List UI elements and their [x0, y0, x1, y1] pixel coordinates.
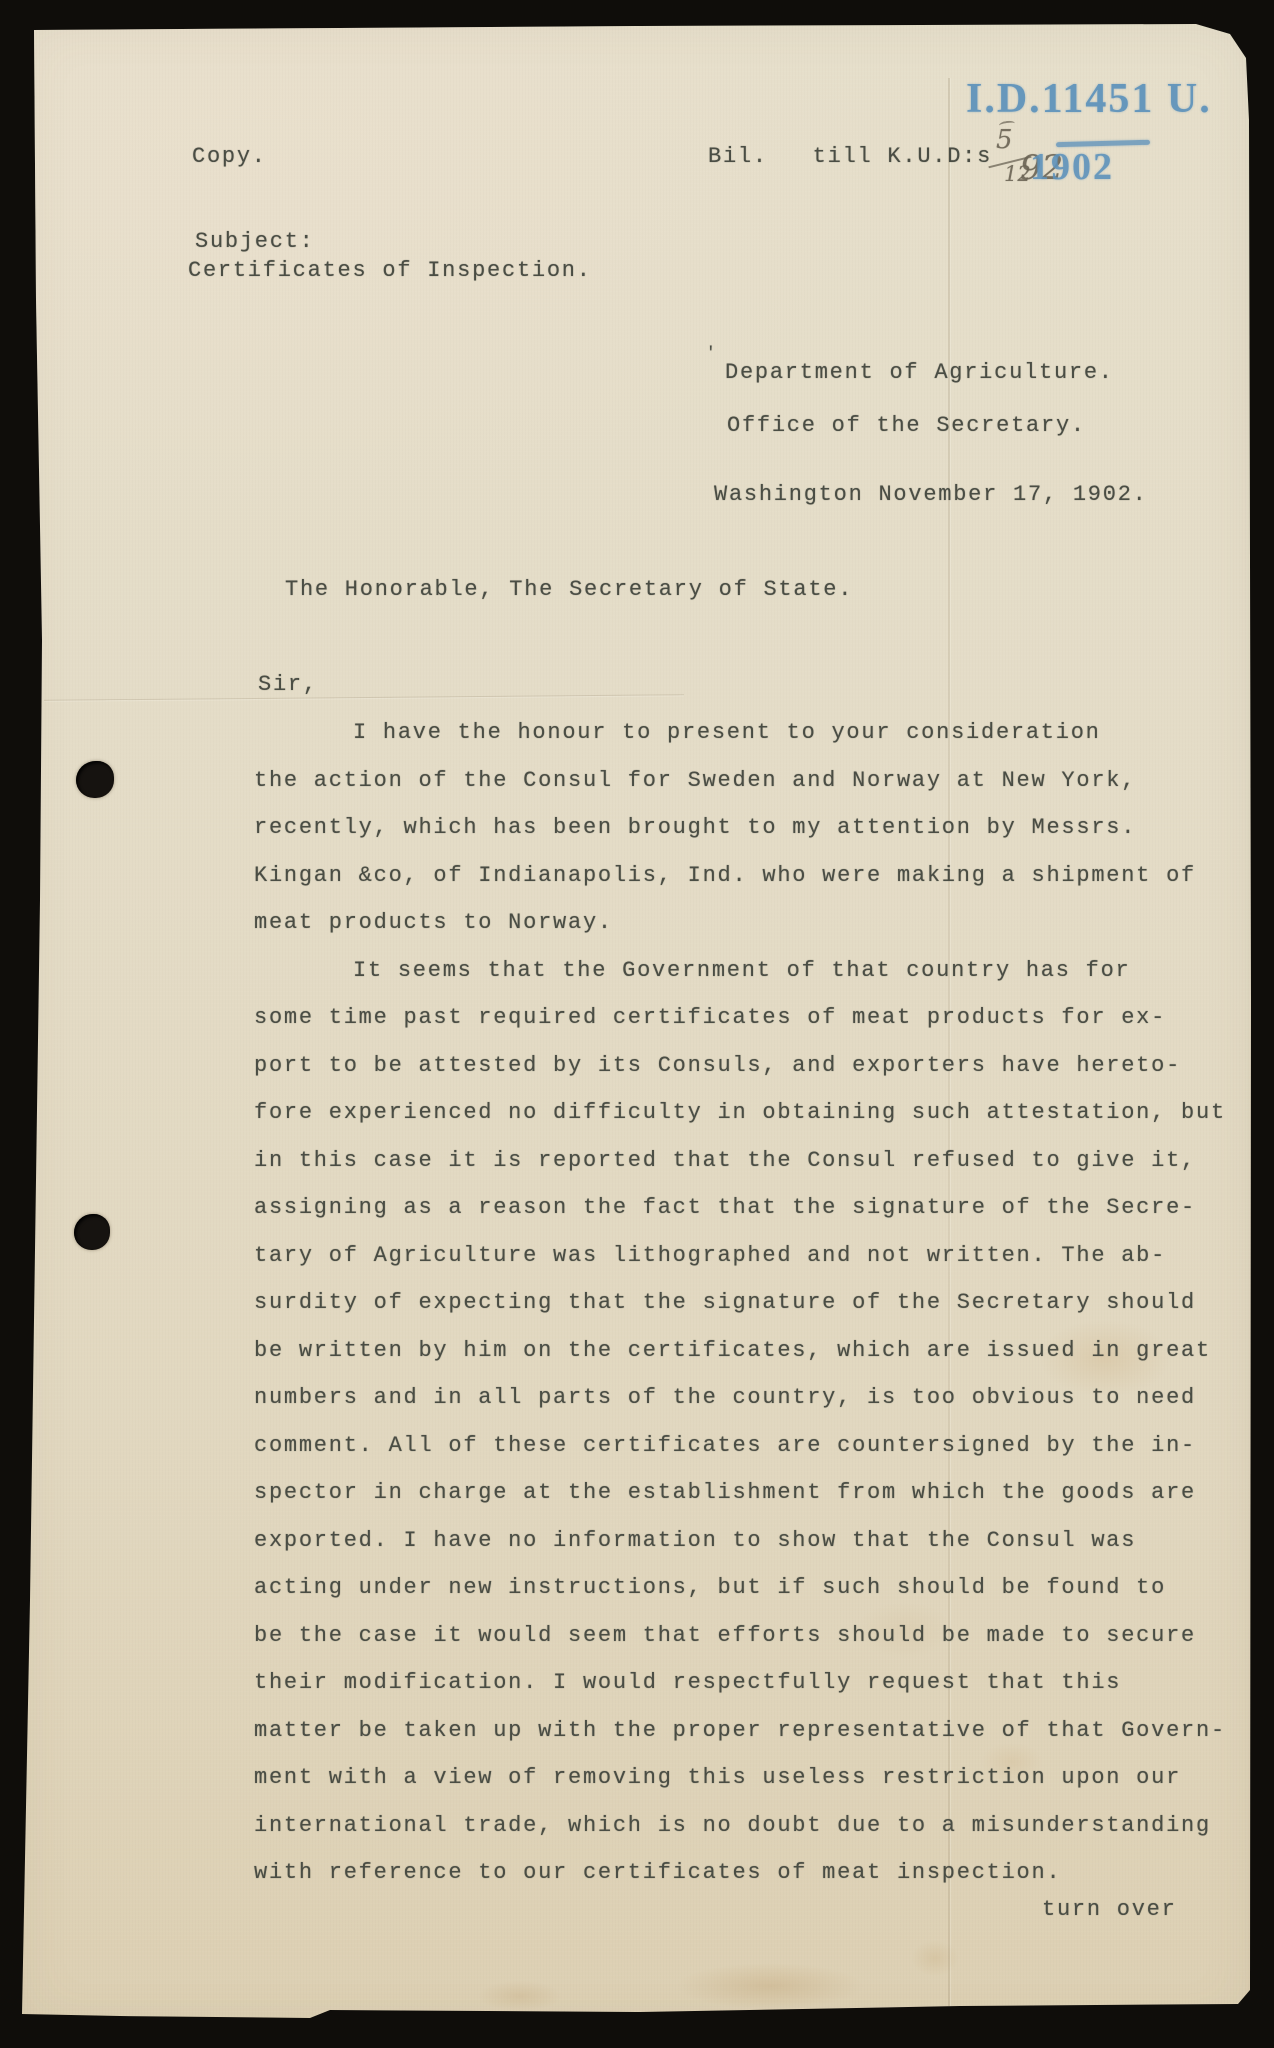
- body-line: tary of Agriculture was lithographed and…: [254, 1243, 1166, 1269]
- addressee-line: The Honorable, The Secretary of State.: [285, 577, 853, 603]
- scan-background: Copy. Bil. till K.U.D:s 5 12 92 1902 I.D…: [0, 0, 1274, 2048]
- body-line: I have the honour to present to your con…: [353, 720, 1101, 746]
- stray-apostrophe-mark: ': [706, 340, 717, 366]
- body-line: the action of the Consul for Sweden and …: [254, 768, 1136, 794]
- date-fraction-numerator: 5: [996, 127, 1013, 153]
- body-line: in this case it is reported that the Con…: [254, 1148, 1196, 1174]
- subject-value: Certificates of Inspection.: [188, 258, 592, 284]
- body-line: port to be attested by its Consuls, and …: [254, 1053, 1181, 1079]
- body-line: matter be taken up with the proper repre…: [254, 1718, 1226, 1744]
- sender-line-1: Department of Agriculture.: [725, 360, 1114, 386]
- body-line: recently, which has been brought to my a…: [254, 815, 1136, 841]
- subject-label: Subject:: [195, 229, 315, 255]
- registry-stamp: I.D.11451 U.: [966, 78, 1212, 120]
- body-line: exported. I have no information to show …: [254, 1528, 1136, 1554]
- body-line: assigning as a reason the fact that the …: [254, 1195, 1196, 1221]
- punch-hole: [76, 761, 114, 798]
- horizontal-crease: [44, 694, 684, 701]
- body-line: fore experienced no difficulty in obtain…: [254, 1100, 1226, 1126]
- body-line: numbers and in all parts of the country,…: [254, 1385, 1196, 1411]
- salutation: Sir,: [258, 672, 318, 698]
- body-line: their modification. I would respectfully…: [254, 1670, 1121, 1696]
- year-stamp: 1902: [1030, 148, 1114, 186]
- body-line: be the case it would seem that efforts s…: [254, 1623, 1196, 1649]
- copy-label: Copy.: [192, 144, 267, 170]
- body-line: spector in charge at the establishment f…: [254, 1480, 1196, 1506]
- body-line: ment with a view of removing this useles…: [254, 1765, 1181, 1791]
- body-line: international trade, which is no doubt d…: [254, 1813, 1211, 1839]
- body-line: meat products to Norway.: [254, 910, 613, 936]
- body-line: be written by him on the certificates, w…: [254, 1338, 1211, 1364]
- body-line: with reference to our certificates of me…: [254, 1860, 1061, 1886]
- body-line: acting under new instructions, but if su…: [254, 1575, 1166, 1601]
- sender-line-2: Office of the Secretary.: [727, 413, 1086, 439]
- turn-over-note: turn over: [1042, 1897, 1177, 1923]
- body-line: It seems that the Government of that cou…: [353, 958, 1131, 984]
- letter-body: I have the honour to present to your con…: [254, 720, 1254, 1920]
- body-line: comment. All of these certificates are c…: [254, 1433, 1196, 1459]
- paper-sheet: Copy. Bil. till K.U.D:s 5 12 92 1902 I.D…: [0, 0, 1274, 2048]
- dateline: Washington November 17, 1902.: [714, 482, 1148, 508]
- punch-hole: [74, 1214, 110, 1250]
- body-line: some time past required certificates of …: [254, 1005, 1166, 1031]
- attachment-note: Bil. till K.U.D:s: [708, 144, 992, 170]
- body-line: Kingan &co, of Indianapolis, Ind. who we…: [254, 863, 1196, 889]
- body-line: surdity of expecting that the signature …: [254, 1290, 1196, 1316]
